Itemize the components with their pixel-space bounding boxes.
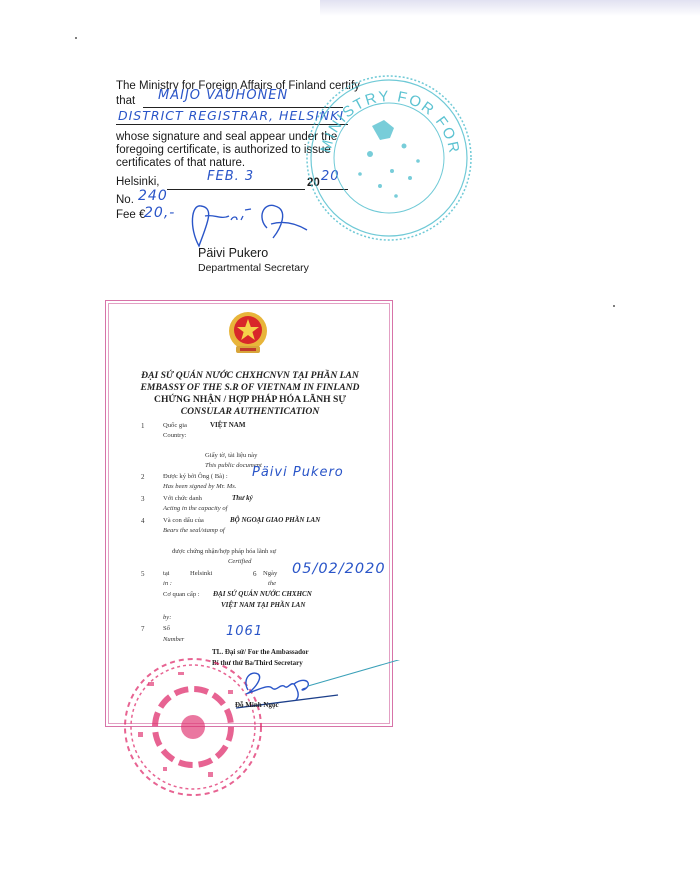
capacity-label-en: Acting in the capacity of: [163, 505, 227, 512]
certified-intro-vi: được chứng nhận/hợp pháp hóa lãnh sự: [172, 548, 276, 555]
seal-value: BỘ NGOẠI GIAO PHẦN LAN: [230, 516, 320, 524]
signature-pukero-icon: [185, 198, 315, 253]
signatory-title: Departmental Secretary: [198, 262, 309, 276]
handwritten-person: MAIJO VAUHONEN: [158, 89, 288, 103]
handwritten-date: 05/02/2020: [292, 561, 386, 577]
certified-intro-en: Certified: [228, 558, 251, 565]
number-label-en: Number: [163, 636, 184, 643]
place-value: Helsinki: [190, 570, 212, 577]
seal-label-vi: Và con dấu của: [163, 517, 204, 524]
field-number: 5: [141, 570, 145, 578]
country-value: VIỆT NAM: [210, 421, 245, 429]
date-label-vi: Ngày: [263, 570, 277, 577]
place-label-en: in :: [163, 580, 172, 587]
capacity-label-vi: Với chức danh: [163, 495, 202, 502]
issuer-label-en: by:: [163, 614, 171, 621]
field-number: 1: [141, 422, 145, 430]
date-label-en: the: [268, 580, 276, 587]
capacity-value: Thư ký: [232, 494, 253, 502]
scan-speck: [75, 37, 77, 39]
handwritten-number: 240: [138, 190, 168, 204]
field-number: 2: [141, 473, 145, 481]
that-label: that: [116, 95, 135, 109]
number-label-vi: Số: [163, 625, 170, 632]
handwritten-date: FEB. 3: [207, 170, 254, 184]
text-line: foregoing certificate, is authorized to …: [116, 144, 331, 158]
no-label: No.: [116, 194, 134, 208]
signatory-name: Päivi Pukero: [198, 247, 268, 261]
signer-name: Đỗ Minh Ngọc: [235, 701, 279, 709]
field-number: 3: [141, 495, 145, 503]
authentication-title-vi: CHỨNG NHẬN / HỢP PHÁP HÓA LÃNH SỰ: [105, 394, 395, 405]
document-intro-vi: Giấy tờ, tài liệu này: [205, 452, 257, 459]
fee-label: Fee €: [116, 209, 145, 223]
handwritten-fee: 20,-: [144, 207, 175, 221]
scan-speck: [613, 305, 615, 307]
seal-label-en: Bears the seal/stamp of: [163, 527, 225, 534]
vietnam-emblem-icon: [226, 310, 270, 358]
signed-by-label-en: Has been signed by Mr. Ms.: [163, 483, 236, 490]
field-number: 4: [141, 517, 145, 525]
field-number: 6: [253, 570, 257, 578]
ministry-seal-icon: MINISTRY FOR FOREIGN AFFAIRS: [300, 66, 478, 244]
issuer-label-vi: Cơ quan cấp :: [163, 591, 200, 598]
country-label-vi: Quốc gia: [163, 422, 187, 429]
svg-text:MINISTRY FOR FOREIGN AFFAIRS: MINISTRY FOR FOREIGN AFFAIRS: [300, 66, 463, 156]
embassy-header-vi: ĐẠI SỨ QUÁN NƯỚC CHXHCNVN TẠI PHẦN LAN: [105, 370, 395, 381]
issuer-value-line2: VIỆT NAM TẠI PHẦN LAN: [221, 601, 305, 609]
place-label-vi: tại: [163, 570, 170, 577]
signed-by-label-vi: Được ký bởi Ông ( Bà) :: [163, 473, 228, 480]
handwritten-number: 1061: [226, 624, 263, 639]
field-number: 7: [141, 625, 145, 633]
authentication-title-en: CONSULAR AUTHENTICATION: [105, 406, 395, 417]
embassy-header-en: EMBASSY OF THE S.R OF VIETNAM IN FINLAND: [105, 382, 395, 393]
underline: [167, 189, 305, 190]
country-label-en: Country:: [163, 432, 186, 439]
handwritten-signed-by: Päivi Pukero: [252, 465, 344, 480]
issuer-value-line1: ĐẠI SỨ QUÁN NƯỚC CHXHCN: [213, 590, 312, 598]
scan-shadow: [320, 0, 700, 16]
